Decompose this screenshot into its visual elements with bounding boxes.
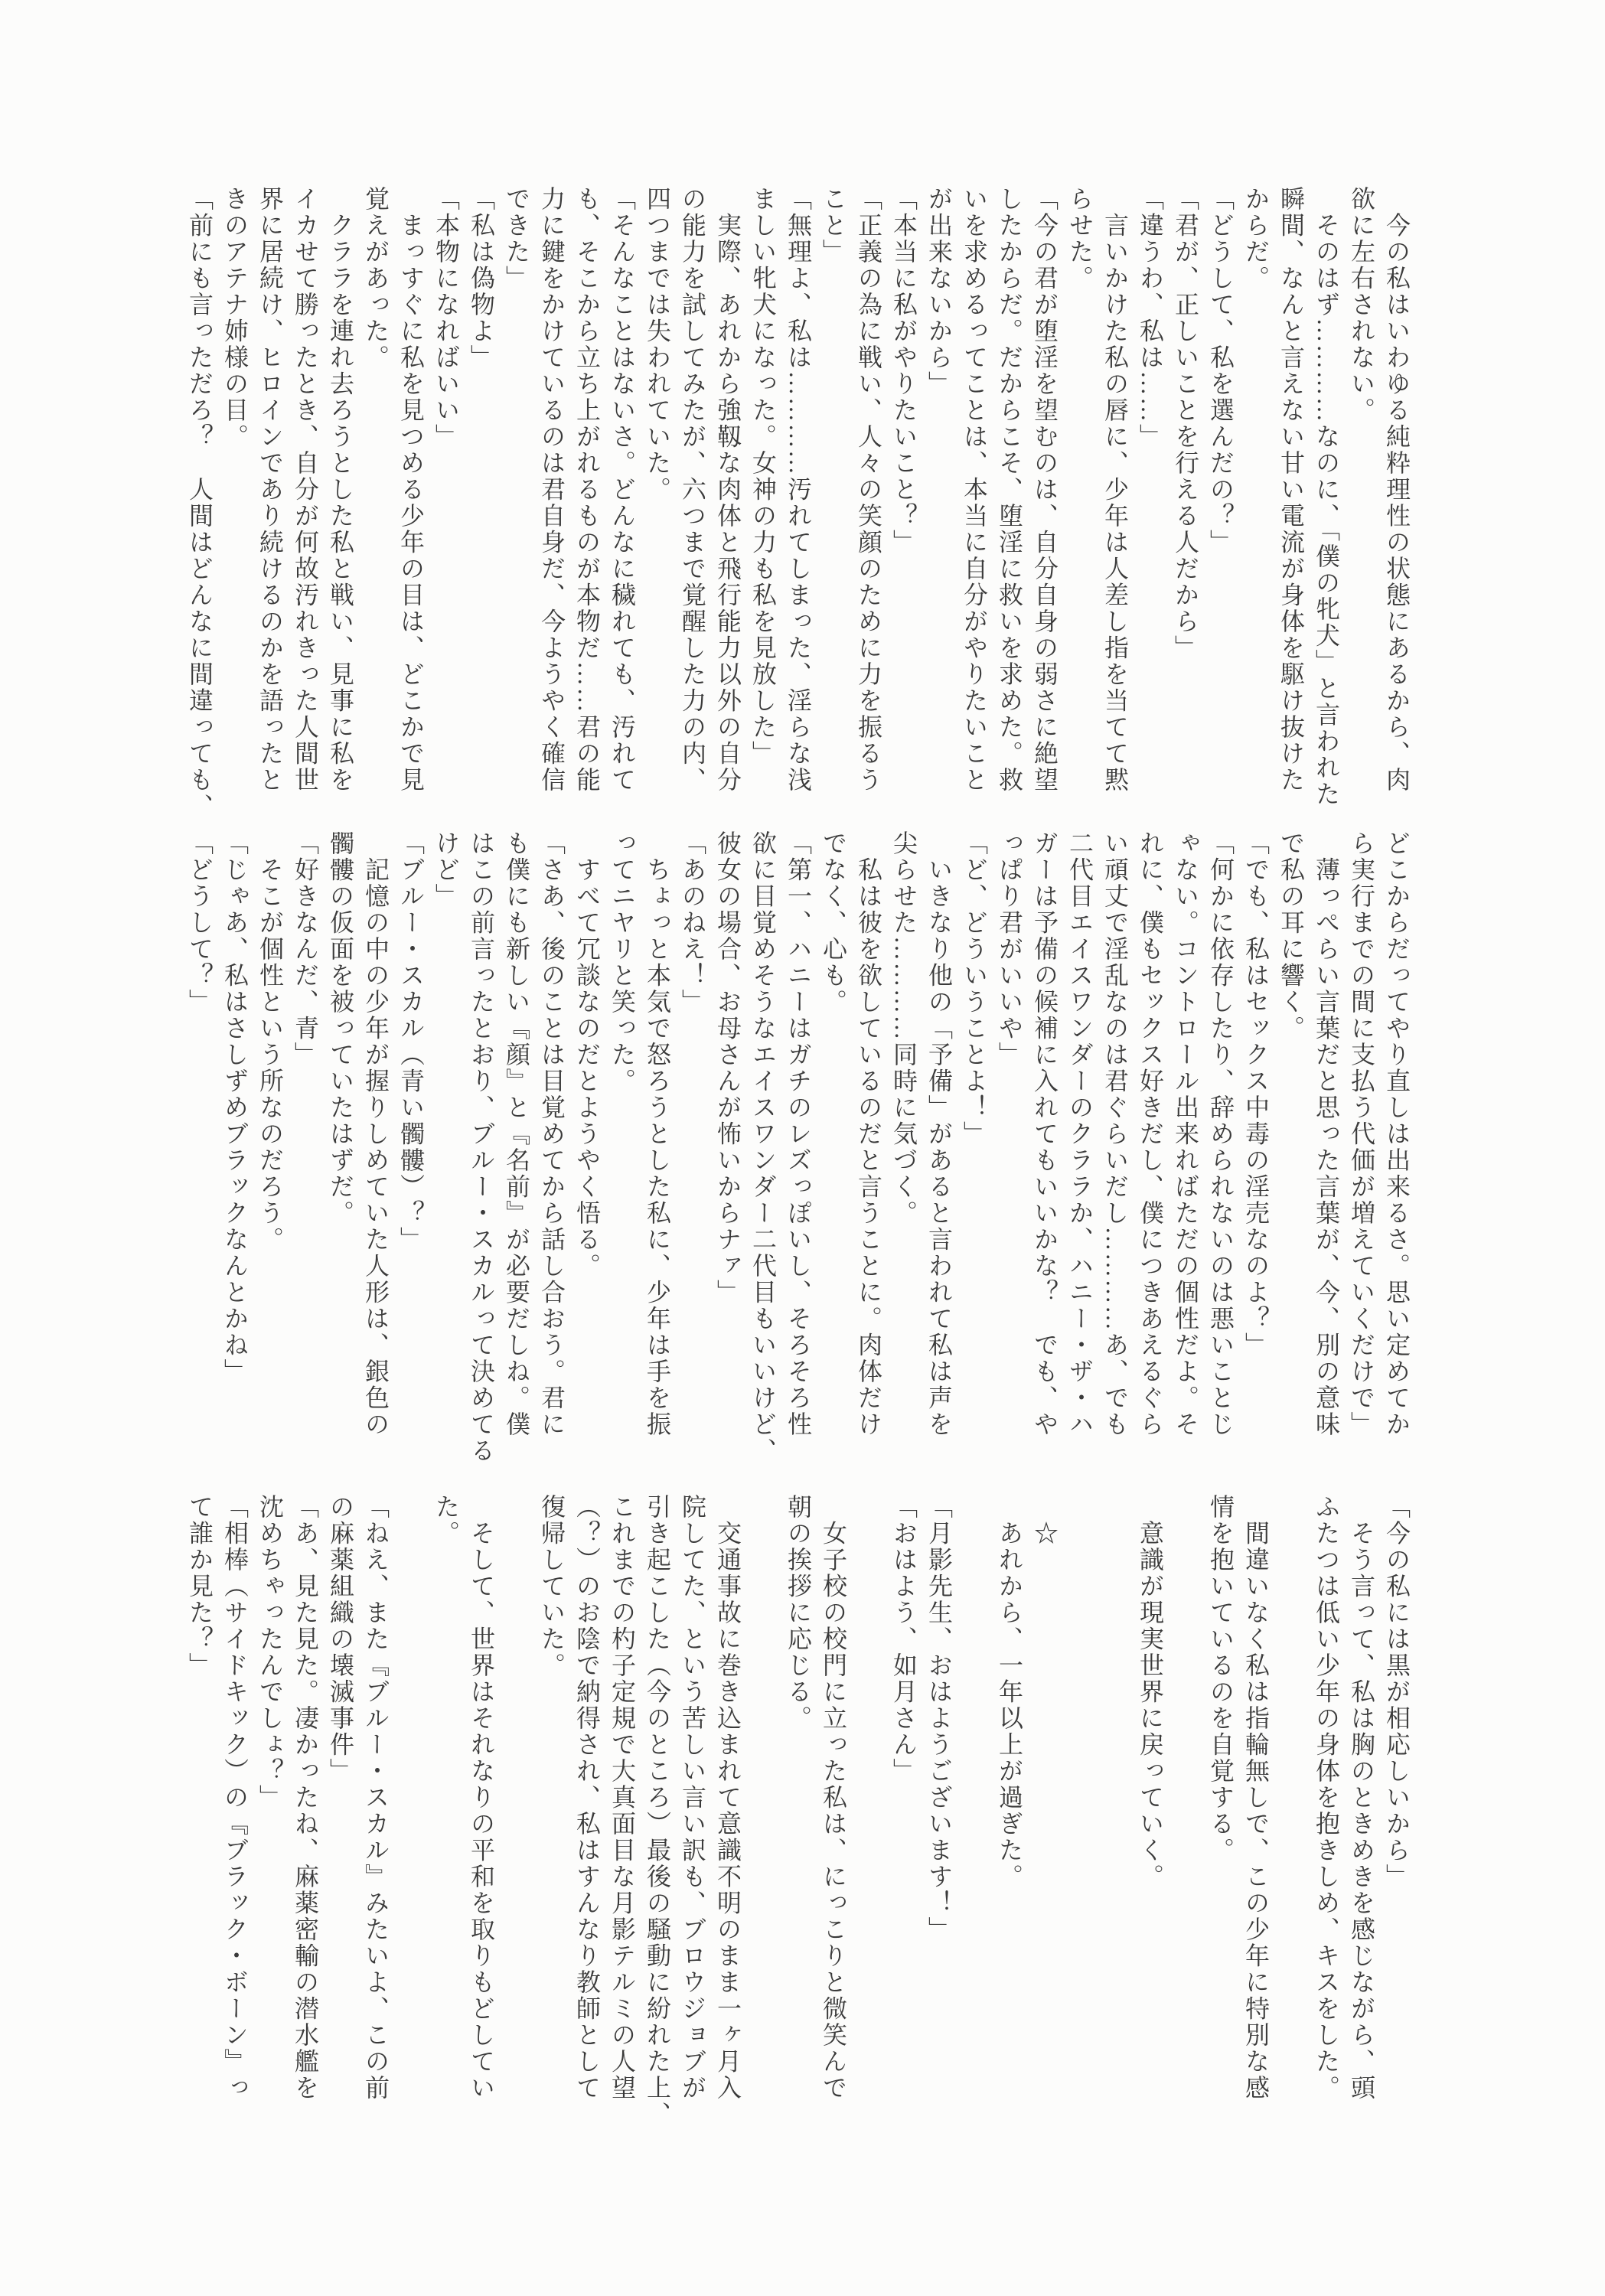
text-band-bottom: 「今の私には黒が相応しいから」 そう言って、私は胸のときめきを感じながら、頭 ふ…: [178, 1494, 1414, 2177]
text-band-top: 今の私はいわゆる純粋理性の状態にあるから、肉 欲に左右されない。 そのはず…………: [178, 186, 1414, 852]
scanned-novel-page: 今の私はいわゆる純粋理性の状態にあるから、肉 欲に左右されない。 そのはず…………: [0, 0, 1605, 2296]
text-band-middle: どこからだってやり直しは出来るさ。思い定めてか ら実行までの間に支払う代価が増え…: [178, 830, 1414, 1496]
